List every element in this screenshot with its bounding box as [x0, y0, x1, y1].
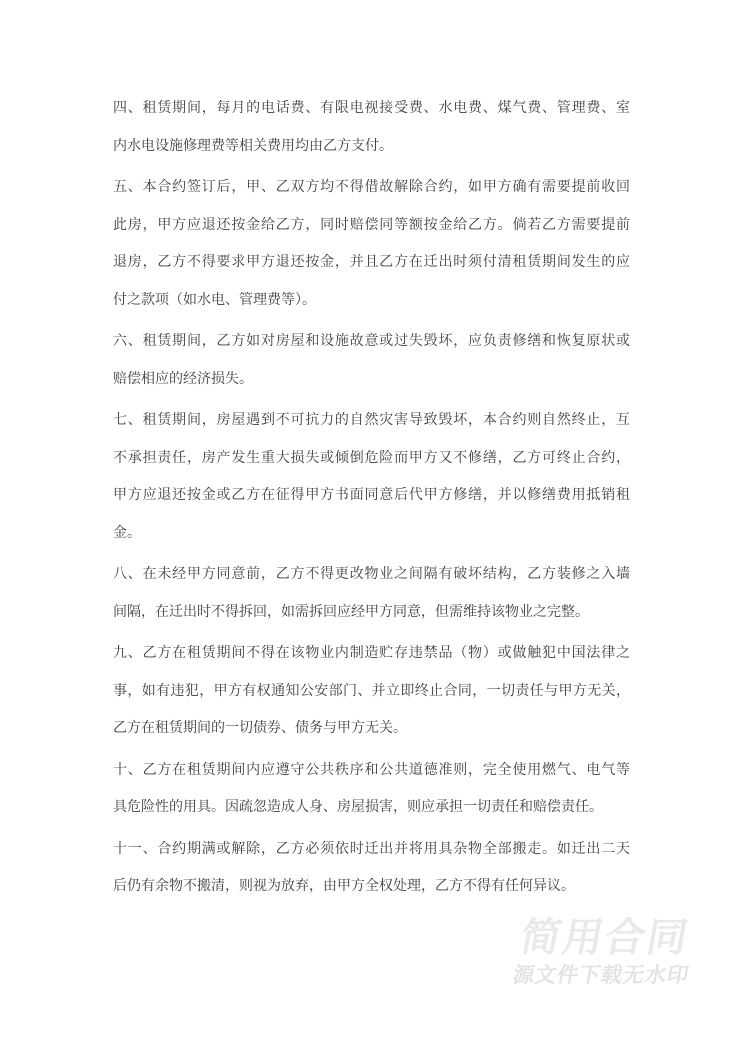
contract-clause: 五、本合约签订后，甲、乙双方均不得借故解除合约，如甲方确有需要提前收回此房，甲方… [113, 169, 630, 319]
clause-line: 六、租赁期间，乙方如对房屋和设施故意或过失毁坏，应负责修缮和恢复原状或 [113, 323, 630, 361]
contract-clause: 十一、合约期满或解除，乙方必须依时迁出并将用具杂物全部搬走。如迁出二天后仍有余物… [113, 831, 630, 906]
clause-line: 五、本合约签订后，甲、乙双方均不得借故解除合约，如甲方确有需要提前收回 [113, 169, 630, 207]
contract-clause: 八、在未经甲方同意前，乙方不得更改物业之间隔有破坏结构，乙方装修之入墙间隔，在迁… [113, 556, 630, 631]
contract-body: 四、租赁期间，每月的电话费、有限电视接受费、水电费、煤气费、管理费、室内水电设施… [113, 90, 630, 910]
contract-clause: 九、乙方在租赁期间不得在该物业内制造贮存违禁品（物）或做触犯中国法律之事，如有违… [113, 635, 630, 748]
clause-line: 八、在未经甲方同意前，乙方不得更改物业之间隔有破坏结构，乙方装修之入墙 [113, 556, 630, 594]
clause-line: 不承担责任，房产发生重大损失或倾倒危险而甲方又不修缮，乙方可终止合约， [113, 440, 630, 478]
clause-line: 内水电设施修理费等相关费用均由乙方支付。 [113, 128, 630, 166]
clause-line: 十一、合约期满或解除，乙方必须依时迁出并将用具杂物全部搬走。如迁出二天 [113, 831, 630, 869]
watermark: 简用合同 源文件下载无水印 [513, 916, 689, 988]
clause-line: 金。 [113, 515, 630, 553]
clause-line: 四、租赁期间，每月的电话费、有限电视接受费、水电费、煤气费、管理费、室 [113, 90, 630, 128]
clause-line: 赔偿相应的经济损失。 [113, 361, 630, 399]
clause-line: 乙方在租赁期间的一切债券、债务与甲方无关。 [113, 710, 630, 748]
clause-line: 九、乙方在租赁期间不得在该物业内制造贮存违禁品（物）或做触犯中国法律之 [113, 635, 630, 673]
clause-line: 具危险性的用具。因疏忽造成人身、房屋损害，则应承担一切责任和赔偿责任。 [113, 789, 630, 827]
clause-line: 十、乙方在租赁期间内应遵守公共秩序和公共道德准则，完全使用燃气、电气等 [113, 752, 630, 790]
clause-line: 付之款项（如水电、管理费等）。 [113, 282, 630, 320]
clause-line: 此房，甲方应退还按金给乙方，同时赔偿同等额按金给乙方。倘若乙方需要提前 [113, 207, 630, 245]
watermark-title: 简用合同 [509, 916, 693, 960]
clause-line: 退房，乙方不得要求甲方退还按金，并且乙方在迁出时须付清租赁期间发生的应 [113, 244, 630, 282]
clause-line: 后仍有余物不搬清，则视为放弃，由甲方全权处理，乙方不得有任何异议。 [113, 868, 630, 906]
contract-clause: 十、乙方在租赁期间内应遵守公共秩序和公共道德准则，完全使用燃气、电气等具危险性的… [113, 752, 630, 827]
contract-clause: 六、租赁期间，乙方如对房屋和设施故意或过失毁坏，应负责修缮和恢复原状或赔偿相应的… [113, 323, 630, 398]
contract-clause: 七、租赁期间，房屋遇到不可抗力的自然灾害导致毁坏，本合约则自然终止，互不承担责任… [113, 402, 630, 552]
clause-line: 甲方应退还按金或乙方在征得甲方书面同意后代甲方修缮，并以修缮费用抵销租 [113, 477, 630, 515]
clause-line: 事，如有违犯，甲方有权通知公安部门、并立即终止合同，一切责任与甲方无关， [113, 673, 630, 711]
contract-page: 四、租赁期间，每月的电话费、有限电视接受费、水电费、煤气费、管理费、室内水电设施… [0, 0, 742, 1049]
watermark-subtitle: 源文件下载无水印 [511, 964, 691, 988]
clause-line: 间隔，在迁出时不得拆回，如需拆回应经甲方同意，但需维持该物业之完整。 [113, 594, 630, 632]
clause-line: 七、租赁期间，房屋遇到不可抗力的自然灾害导致毁坏，本合约则自然终止，互 [113, 402, 630, 440]
contract-clause: 四、租赁期间，每月的电话费、有限电视接受费、水电费、煤气费、管理费、室内水电设施… [113, 90, 630, 165]
